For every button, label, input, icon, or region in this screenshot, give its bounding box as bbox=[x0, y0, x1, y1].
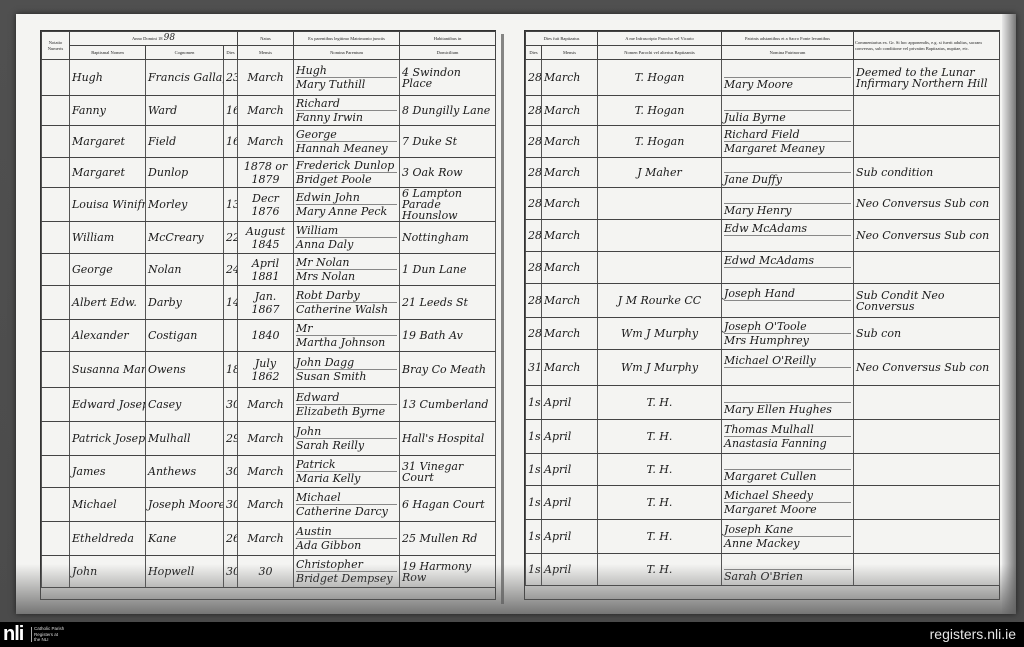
table-row: MichaelJoseph Moore30MarchMichaelCatheri… bbox=[42, 488, 496, 522]
mother-name: Mary Anne Peck bbox=[296, 205, 397, 218]
father-name: Richard bbox=[296, 97, 397, 111]
minister: J Maher bbox=[598, 158, 722, 188]
surname: Darby bbox=[146, 286, 224, 320]
sponsors: Mary Moore bbox=[722, 60, 854, 96]
surname: Ward bbox=[146, 96, 224, 126]
baptismal-name: William bbox=[70, 222, 146, 254]
table-row: Susanna MariaOwens18July 1862John DaggSu… bbox=[42, 352, 496, 388]
table-row: JamesAnthews30MarchPatrickMaria Kelly31 … bbox=[42, 456, 496, 488]
mother-name: Fanny Irwin bbox=[296, 111, 397, 124]
sponsors: Thomas MulhallAnastasia Fanning bbox=[722, 420, 854, 454]
residence: 6 Hagan Court bbox=[400, 488, 496, 522]
birth-day: 16 bbox=[224, 126, 238, 158]
table-row: MargaretField16MarchGeorgeHannah Meaney7… bbox=[42, 126, 496, 158]
entry-number bbox=[42, 556, 70, 588]
comments bbox=[854, 454, 1000, 486]
table-row: WilliamMcCreary22August 1845WilliamAnna … bbox=[42, 222, 496, 254]
header-sponsors: Nomina Patrinorum bbox=[722, 46, 854, 60]
entry-number bbox=[42, 488, 70, 522]
entry-number bbox=[42, 456, 70, 488]
comments bbox=[854, 386, 1000, 420]
father-name: George bbox=[296, 128, 397, 142]
table-row: GeorgeNolan24April 1881Mr NolanMrs Nolan… bbox=[42, 254, 496, 286]
parents: EdwardElizabeth Byrne bbox=[294, 388, 400, 422]
comments bbox=[854, 520, 1000, 554]
father-name: Hugh bbox=[296, 64, 397, 78]
comments: Sub condition bbox=[854, 158, 1000, 188]
surname: Hopwell bbox=[146, 556, 224, 588]
baptism-day: 28 bbox=[526, 188, 542, 220]
entry-number bbox=[42, 254, 70, 286]
baptism-day: 28 bbox=[526, 126, 542, 158]
comments: Deemed to the Lunar Infirmary Northern H… bbox=[854, 60, 1000, 96]
minister: T. Hogan bbox=[598, 60, 722, 96]
surname: Nolan bbox=[146, 254, 224, 286]
baptism-month: April bbox=[542, 386, 598, 420]
godfather-name: Edw McAdams bbox=[724, 222, 851, 236]
header-sponsors-group: Patrinis adstantibus et a Sacro Fonte le… bbox=[722, 32, 854, 46]
father-name: Edwin John bbox=[296, 191, 397, 205]
minister: Wm J Murphy bbox=[598, 350, 722, 386]
surname: Morley bbox=[146, 188, 224, 222]
godmother-name: Margaret Moore bbox=[724, 503, 851, 516]
table-row: FannyWard16MarchRichardFanny Irwin8 Dung… bbox=[42, 96, 496, 126]
baptismal-name: Margaret bbox=[70, 158, 146, 188]
entry-number bbox=[42, 352, 70, 388]
table-row: 1stAprilT. H. Sarah O'Brien bbox=[526, 554, 1000, 586]
register-scan: Notatio Numeris Anno Domini 18 98 Natus … bbox=[16, 14, 1016, 614]
comments: Sub con bbox=[854, 318, 1000, 350]
birth-day: 13 bbox=[224, 188, 238, 222]
entry-number bbox=[42, 188, 70, 222]
baptism-month: March bbox=[542, 220, 598, 252]
godmother-name: Mary Henry bbox=[724, 204, 851, 217]
residence: 19 Bath Av bbox=[400, 320, 496, 352]
father-name: Patrick bbox=[296, 458, 397, 472]
baptism-month: March bbox=[542, 96, 598, 126]
birth-day: 22 bbox=[224, 222, 238, 254]
entry-number bbox=[42, 126, 70, 158]
birth-month: July 1862 bbox=[238, 352, 294, 388]
residence: Hall's Hospital bbox=[400, 422, 496, 456]
birth-month: August 1845 bbox=[238, 222, 294, 254]
mother-name: Bridget Dempsey bbox=[296, 572, 397, 585]
minister: T. H. bbox=[598, 520, 722, 554]
comments bbox=[854, 420, 1000, 454]
godfather-name bbox=[724, 556, 851, 570]
header-month: Mensis bbox=[542, 46, 598, 60]
godmother-name: Margaret Meaney bbox=[724, 142, 851, 155]
parents: PatrickMaria Kelly bbox=[294, 456, 400, 488]
birth-day: 30 bbox=[224, 388, 238, 422]
baptismal-name: Albert Edw. bbox=[70, 286, 146, 320]
baptism-month: March bbox=[542, 158, 598, 188]
minister: T. H. bbox=[598, 386, 722, 420]
sponsors: Mary Henry bbox=[722, 188, 854, 220]
surname: Costigan bbox=[146, 320, 224, 352]
minister: T. H. bbox=[598, 486, 722, 520]
minister bbox=[598, 220, 722, 252]
baptism-month: April bbox=[542, 420, 598, 454]
birth-day: 30 bbox=[224, 556, 238, 588]
residence: 21 Leeds St bbox=[400, 286, 496, 320]
baptism-day: 28 bbox=[526, 284, 542, 318]
comments: Neo Conversus Sub con bbox=[854, 220, 1000, 252]
table-row: 28MarchJ M Rourke CCJoseph Hand Sub Cond… bbox=[526, 284, 1000, 318]
comments bbox=[854, 486, 1000, 520]
minister: T. H. bbox=[598, 454, 722, 486]
header-baptismal-name: Baptismal Nomen bbox=[70, 46, 146, 60]
entry-number bbox=[42, 388, 70, 422]
sponsors: Joseph Hand bbox=[722, 284, 854, 318]
baptism-month: March bbox=[542, 350, 598, 386]
mother-name: Catherine Walsh bbox=[296, 303, 397, 316]
footer-bar: nli Catholic Parish Registers at the NLI… bbox=[0, 622, 1024, 647]
table-row: MargaretDunlop1878 or 1879Frederick Dunl… bbox=[42, 158, 496, 188]
father-name: John bbox=[296, 425, 397, 439]
baptism-day: 28 bbox=[526, 220, 542, 252]
godfather-name: Joseph O'Toole bbox=[724, 320, 851, 334]
godmother-name: Mrs Humphrey bbox=[724, 334, 851, 347]
godmother-name: Mary Ellen Hughes bbox=[724, 403, 851, 416]
surname: Mulhall bbox=[146, 422, 224, 456]
father-name: Edward bbox=[296, 391, 397, 405]
baptism-day: 28 bbox=[526, 318, 542, 350]
table-row: 28MarchWm J MurphyJoseph O'TooleMrs Hump… bbox=[526, 318, 1000, 350]
header-minister: Nomen Parochi vel alterius Baptizantis bbox=[598, 46, 722, 60]
comments: Neo Conversus Sub con bbox=[854, 188, 1000, 220]
godfather-name: Thomas Mulhall bbox=[724, 423, 851, 437]
sponsors: Joseph KaneAnne Mackey bbox=[722, 520, 854, 554]
header-day: Dies bbox=[526, 46, 542, 60]
header-day: Dies bbox=[224, 46, 238, 60]
father-name: John Dagg bbox=[296, 356, 397, 370]
entry-number bbox=[42, 158, 70, 188]
parents: Edwin JohnMary Anne Peck bbox=[294, 188, 400, 222]
image-viewer[interactable]: Notatio Numeris Anno Domini 18 98 Natus … bbox=[0, 0, 1024, 622]
baptismal-name: James bbox=[70, 456, 146, 488]
header-parents: Ex parentibus legitimo Matrimonio juncti… bbox=[294, 32, 400, 46]
surname: Casey bbox=[146, 388, 224, 422]
baptismal-name: Fanny bbox=[70, 96, 146, 126]
header-baptism-date: Dies fuit Baptizatus bbox=[526, 32, 598, 46]
father-name: Austin bbox=[296, 525, 397, 539]
logo-caption: Catholic Parish Registers at the NLI bbox=[34, 626, 64, 643]
baptism-month: March bbox=[542, 252, 598, 284]
birth-month: 1840 bbox=[238, 320, 294, 352]
table-row: 28MarchJ Maher Jane DuffySub condition bbox=[526, 158, 1000, 188]
table-row: 1stAprilT. H. Margaret Cullen bbox=[526, 454, 1000, 486]
baptismal-name: George bbox=[70, 254, 146, 286]
mother-name: Maria Kelly bbox=[296, 472, 397, 485]
header-year: Anno Domini 18 98 bbox=[70, 32, 238, 46]
godmother-name: Margaret Cullen bbox=[724, 470, 851, 483]
minister: T. H. bbox=[598, 554, 722, 586]
godfather-name: Richard Field bbox=[724, 128, 851, 142]
right-page: Dies fuit Baptizatus A me Infrascripto P… bbox=[524, 30, 1000, 600]
godfather-name bbox=[724, 389, 851, 403]
comments bbox=[854, 252, 1000, 284]
mother-name: Mrs Nolan bbox=[296, 270, 397, 283]
residence: Nottingham bbox=[400, 222, 496, 254]
godfather-name: Joseph Hand bbox=[724, 287, 851, 301]
surname: Joseph Moore bbox=[146, 488, 224, 522]
baptism-day: 1st bbox=[526, 386, 542, 420]
baptismal-name: Michael bbox=[70, 488, 146, 522]
baptism-day: 28 bbox=[526, 96, 542, 126]
surname: Field bbox=[146, 126, 224, 158]
godfather-name: Edwd McAdams bbox=[724, 254, 851, 268]
godmother-name: Anastasia Fanning bbox=[724, 437, 851, 450]
baptism-day: 1st bbox=[526, 454, 542, 486]
sponsors: Michael SheedyMargaret Moore bbox=[722, 486, 854, 520]
birth-month: 1878 or 1879 bbox=[238, 158, 294, 188]
header-surname: Cognomen bbox=[146, 46, 224, 60]
parents: Robt DarbyCatherine Walsh bbox=[294, 286, 400, 320]
baptismal-name: Patrick Joseph bbox=[70, 422, 146, 456]
birth-month: March bbox=[238, 96, 294, 126]
father-name: Mr Nolan bbox=[296, 256, 397, 270]
godfather-name: Michael Sheedy bbox=[724, 489, 851, 503]
table-row: 28MarchT. Hogan Mary MooreDeemed to the … bbox=[526, 60, 1000, 96]
mother-name: Sarah Reilly bbox=[296, 439, 397, 452]
parents: WilliamAnna Daly bbox=[294, 222, 400, 254]
birth-month: March bbox=[238, 388, 294, 422]
table-row: 28March Mary HenryNeo Conversus Sub con bbox=[526, 188, 1000, 220]
logo-divider bbox=[31, 627, 32, 642]
birth-day: 24 bbox=[224, 254, 238, 286]
baptism-month: April bbox=[542, 454, 598, 486]
parents: MichaelCatherine Darcy bbox=[294, 488, 400, 522]
birth-month: March bbox=[238, 522, 294, 556]
minister: T. Hogan bbox=[598, 126, 722, 158]
header-number: Notatio Numeris bbox=[42, 32, 70, 60]
baptismal-name: Edward Joseph bbox=[70, 388, 146, 422]
baptism-month: April bbox=[542, 520, 598, 554]
minister: Wm J Murphy bbox=[598, 318, 722, 350]
baptism-day: 28 bbox=[526, 60, 542, 96]
godfather-name bbox=[724, 64, 851, 78]
godfather-name bbox=[724, 190, 851, 204]
minister bbox=[598, 188, 722, 220]
father-name: Robt Darby bbox=[296, 289, 397, 303]
table-row: 1stAprilT. H. Mary Ellen Hughes bbox=[526, 386, 1000, 420]
table-row: HughFrancis Gallagher23MarchHughMary Tut… bbox=[42, 60, 496, 96]
sponsors: Sarah O'Brien bbox=[722, 554, 854, 586]
comments bbox=[854, 96, 1000, 126]
nli-logo[interactable]: nli bbox=[3, 625, 23, 644]
table-row: AlexanderCostigan1840MrMartha Johnson19 … bbox=[42, 320, 496, 352]
baptismal-name: Etheldreda bbox=[70, 522, 146, 556]
entry-number bbox=[42, 222, 70, 254]
parents: John DaggSusan Smith bbox=[294, 352, 400, 388]
residence: 13 Cumberland bbox=[400, 388, 496, 422]
surname: Kane bbox=[146, 522, 224, 556]
baptismal-name: John bbox=[70, 556, 146, 588]
godmother-name: Jane Duffy bbox=[724, 173, 851, 186]
mother-name: Catherine Darcy bbox=[296, 505, 397, 518]
entry-number bbox=[42, 60, 70, 96]
table-row: 1stAprilT. H.Michael SheedyMargaret Moor… bbox=[526, 486, 1000, 520]
baptism-day: 1st bbox=[526, 486, 542, 520]
parents: Mr NolanMrs Nolan bbox=[294, 254, 400, 286]
baptism-month: March bbox=[542, 60, 598, 96]
minister: J M Rourke CC bbox=[598, 284, 722, 318]
entry-number bbox=[42, 320, 70, 352]
comments bbox=[854, 554, 1000, 586]
godmother-name: Julia Byrne bbox=[724, 111, 851, 124]
birth-month: March bbox=[238, 422, 294, 456]
mother-name: Martha Johnson bbox=[296, 336, 397, 349]
baptism-month: April bbox=[542, 554, 598, 586]
godmother-name: Sarah O'Brien bbox=[724, 570, 851, 583]
birth-day bbox=[224, 320, 238, 352]
birth-month: April 1881 bbox=[238, 254, 294, 286]
mother-name: Elizabeth Byrne bbox=[296, 405, 397, 418]
sponsors: Edwd McAdams bbox=[722, 252, 854, 284]
sponsors: Julia Byrne bbox=[722, 96, 854, 126]
mother-name: Susan Smith bbox=[296, 370, 397, 383]
sponsors: Richard FieldMargaret Meaney bbox=[722, 126, 854, 158]
godfather-name bbox=[724, 456, 851, 470]
birth-day: 30 bbox=[224, 488, 238, 522]
mother-name: Ada Gibbon bbox=[296, 539, 397, 552]
birth-day: 30 bbox=[224, 456, 238, 488]
mother-name: Mary Tuthill bbox=[296, 78, 397, 91]
birth-day: 23 bbox=[224, 60, 238, 96]
header-month: Mensis bbox=[238, 46, 294, 60]
birth-day: 26 bbox=[224, 522, 238, 556]
surname: McCreary bbox=[146, 222, 224, 254]
residence: 8 Dungilly Lane bbox=[400, 96, 496, 126]
entry-number bbox=[42, 286, 70, 320]
godfather-name bbox=[724, 97, 851, 111]
father-name: William bbox=[296, 224, 397, 238]
godfather-name: Michael O'Reilly bbox=[724, 354, 851, 368]
father-name: Frederick Dunlop bbox=[296, 159, 397, 173]
comments: Sub Condit Neo Conversus bbox=[854, 284, 1000, 318]
table-row: 1stAprilT. H.Joseph KaneAnne Mackey bbox=[526, 520, 1000, 554]
baptism-day: 1st bbox=[526, 420, 542, 454]
site-link[interactable]: registers.nli.ie bbox=[930, 626, 1016, 642]
baptismal-name: Hugh bbox=[70, 60, 146, 96]
left-page: Notatio Numeris Anno Domini 18 98 Natus … bbox=[40, 30, 496, 600]
baptism-day: 31 bbox=[526, 350, 542, 386]
entry-number bbox=[42, 422, 70, 456]
sponsors: Mary Ellen Hughes bbox=[722, 386, 854, 420]
surname: Dunlop bbox=[146, 158, 224, 188]
residence: 6 Lampton Parade Hounslow bbox=[400, 188, 496, 222]
parents: GeorgeHannah Meaney bbox=[294, 126, 400, 158]
mother-name: Anna Daly bbox=[296, 238, 397, 251]
sponsors: Margaret Cullen bbox=[722, 454, 854, 486]
residence: 1 Dun Lane bbox=[400, 254, 496, 286]
godmother-name: Anne Mackey bbox=[724, 537, 851, 550]
table-row: 28MarchEdwd McAdams bbox=[526, 252, 1000, 284]
header-comments: Commentarius ex. Gr. Si hoc apponendis, … bbox=[854, 32, 1000, 60]
godmother-name bbox=[724, 236, 851, 249]
baptism-month: March bbox=[542, 188, 598, 220]
header-born: Natus bbox=[238, 32, 294, 46]
baptismal-name: Louisa Winifred bbox=[70, 188, 146, 222]
residence: 7 Duke St bbox=[400, 126, 496, 158]
godfather-name: Joseph Kane bbox=[724, 523, 851, 537]
birth-month: 30 bbox=[238, 556, 294, 588]
year-written: 98 bbox=[164, 33, 175, 43]
parents: ChristopherBridget Dempsey bbox=[294, 556, 400, 588]
parents: RichardFanny Irwin bbox=[294, 96, 400, 126]
baptism-month: March bbox=[542, 284, 598, 318]
header-parents-names: Nomina Parentum bbox=[294, 46, 400, 60]
table-row: Edward JosephCasey30MarchEdwardElizabeth… bbox=[42, 388, 496, 422]
parents: AustinAda Gibbon bbox=[294, 522, 400, 556]
comments: Neo Conversus Sub con bbox=[854, 350, 1000, 386]
table-row: 31MarchWm J MurphyMichael O'Reilly Neo C… bbox=[526, 350, 1000, 386]
minister: T. H. bbox=[598, 420, 722, 454]
residence: Bray Co Meath bbox=[400, 352, 496, 388]
birth-day: 14 bbox=[224, 286, 238, 320]
parents: MrMartha Johnson bbox=[294, 320, 400, 352]
header-domicile: Domicilium bbox=[400, 46, 496, 60]
mother-name: Bridget Poole bbox=[296, 173, 397, 186]
birth-month: Decr 1876 bbox=[238, 188, 294, 222]
table-row: Patrick JosephMulhall29MarchJohnSarah Re… bbox=[42, 422, 496, 456]
baptism-day: 1st bbox=[526, 554, 542, 586]
baptismal-name: Alexander bbox=[70, 320, 146, 352]
father-name: Michael bbox=[296, 491, 397, 505]
surname: Owens bbox=[146, 352, 224, 388]
table-row: 1stAprilT. H.Thomas MulhallAnastasia Fan… bbox=[526, 420, 1000, 454]
table-row: 28MarchT. HoganRichard FieldMargaret Mea… bbox=[526, 126, 1000, 158]
table-row: 28MarchT. Hogan Julia Byrne bbox=[526, 96, 1000, 126]
header-residence: Habitantibus in bbox=[400, 32, 496, 46]
minister bbox=[598, 252, 722, 284]
baptism-month: March bbox=[542, 126, 598, 158]
sponsors: Edw McAdams bbox=[722, 220, 854, 252]
mother-name: Hannah Meaney bbox=[296, 142, 397, 155]
table-row: EtheldredaKane26MarchAustinAda Gibbon25 … bbox=[42, 522, 496, 556]
birth-month: March bbox=[238, 126, 294, 158]
header-minister-group: A me Infrascripto Parocho vel Vicario bbox=[598, 32, 722, 46]
birth-day: 18 bbox=[224, 352, 238, 388]
surname: Francis Gallagher bbox=[146, 60, 224, 96]
father-name: Mr bbox=[296, 322, 397, 336]
table-row: Albert Edw.Darby14Jan. 1867Robt DarbyCat… bbox=[42, 286, 496, 320]
residence: 3 Oak Row bbox=[400, 158, 496, 188]
baptism-day: 28 bbox=[526, 252, 542, 284]
godmother-name bbox=[724, 301, 851, 314]
baptismal-name: Margaret bbox=[70, 126, 146, 158]
baptism-month: March bbox=[542, 318, 598, 350]
birth-day: 16 bbox=[224, 96, 238, 126]
table-row: JohnHopwell3030ChristopherBridget Dempse… bbox=[42, 556, 496, 588]
sponsors: Joseph O'TooleMrs Humphrey bbox=[722, 318, 854, 350]
residence: 19 Harmony Row bbox=[400, 556, 496, 588]
godmother-name bbox=[724, 268, 851, 281]
baptism-register-left: Notatio Numeris Anno Domini 18 98 Natus … bbox=[41, 31, 496, 588]
book-gutter bbox=[501, 34, 504, 604]
birth-day bbox=[224, 158, 238, 188]
baptism-month: April bbox=[542, 486, 598, 520]
godmother-name bbox=[724, 368, 851, 381]
baptismal-name: Susanna Maria bbox=[70, 352, 146, 388]
entry-number bbox=[42, 522, 70, 556]
birth-day: 29 bbox=[224, 422, 238, 456]
birth-month: March bbox=[238, 488, 294, 522]
page-edge bbox=[1002, 14, 1016, 614]
father-name: Christopher bbox=[296, 558, 397, 572]
parents: HughMary Tuthill bbox=[294, 60, 400, 96]
